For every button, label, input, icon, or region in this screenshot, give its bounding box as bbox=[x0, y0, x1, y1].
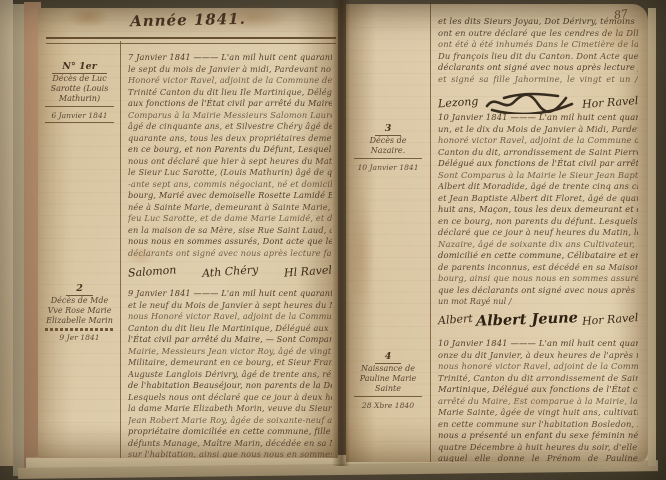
manuscript-line: un, et le dix du Mois de Janvier à Midi,… bbox=[438, 124, 638, 136]
gutter-shadow bbox=[332, 0, 350, 466]
manuscript-line: Marie Sainte, âgée de vingt huit ans, cu… bbox=[438, 407, 638, 419]
manuscript-line: 9 Janvier 1841 ——— L'an mil huit cent qu… bbox=[128, 288, 332, 300]
manuscript-line: Décès de bbox=[350, 136, 426, 146]
manuscript-line: Décès de Mde bbox=[41, 296, 118, 306]
note-date: 10 Janvier 1841 bbox=[350, 163, 426, 172]
note-lines: Décès de MdeVve Rose MarieElizabelle Mar… bbox=[41, 296, 118, 326]
manuscript-line: quarante ans, tous les deux propriétaire… bbox=[128, 133, 332, 145]
manuscript-line: nous honoré victor Ravel, adjoint de la … bbox=[438, 361, 638, 373]
manuscript-line: que les déclarants ont signé avec nous a… bbox=[438, 285, 638, 297]
manuscript-line: Auguste Langlois Dérivry, âgé de trente … bbox=[128, 369, 332, 381]
manuscript-line: Décès de Luc bbox=[41, 74, 118, 84]
manuscript-line: arrêté du Maire, Est comparue à la Mairi… bbox=[438, 396, 638, 408]
manuscript-line: Albert dit Moradide, âgé de trente cinq … bbox=[438, 181, 638, 193]
manuscript-line: 7 Janvier 1841 ——— L'an mil huit cent qu… bbox=[128, 52, 332, 64]
manuscript-line: Elizabelle Marin bbox=[41, 316, 118, 326]
manuscript-line: Lesquels nous ont déclaré que ce jour à … bbox=[128, 392, 332, 404]
note-number: N° 1er bbox=[52, 61, 106, 74]
margin-note: 2 Décès de MdeVve Rose MarieElizabelle M… bbox=[41, 276, 118, 342]
manuscript-line: Trinité, Canton du dit arrondissement de… bbox=[438, 373, 638, 385]
page-edge-strip bbox=[13, 4, 24, 476]
record-continuation: et les dits Sieurs Joyau, Dot Dérivry, t… bbox=[438, 16, 638, 85]
signature: Salomon bbox=[128, 263, 177, 279]
death-record-entry-3: 10 Janvier 1841 ——— L'an mil huit cent q… bbox=[438, 112, 638, 296]
manuscript-line: propriétaire domiciliée en cette commune… bbox=[128, 426, 332, 438]
manuscript-line: défunts Manage, Maître Marin, décédée en… bbox=[128, 438, 332, 450]
left-page: Année 1841. N° 1er Décès de LucSarotte (… bbox=[38, 8, 338, 458]
note-separator bbox=[354, 396, 422, 399]
note-lines: Décès deNazaire. bbox=[350, 136, 426, 156]
manuscript-line: bourg, Marié avec demoiselle Rosette Lam… bbox=[128, 190, 332, 202]
manuscript-line: Nazaire. bbox=[350, 146, 426, 156]
signature-flourish-icon bbox=[484, 90, 576, 114]
manuscript-line: et Jean Baptiste Albert dit Floret, âgé … bbox=[438, 193, 638, 205]
manuscript-line: nous a présenté un enfant du sexe fémini… bbox=[438, 430, 638, 442]
manuscript-line: en cette commune sur l'habitation Bosled… bbox=[438, 419, 638, 431]
note-date: 6 Janvier 1841 bbox=[41, 111, 118, 120]
margin-note: 4 Naissance dePauline MarieSainte 28 Xbr… bbox=[350, 344, 426, 410]
manuscript-line: Vve Rose Marie bbox=[41, 306, 118, 316]
manuscript-line: ont été à été inhumés Dans le Cimetière … bbox=[438, 39, 638, 51]
manuscript-line: Naissance de bbox=[350, 364, 426, 374]
margin-note: N° 1er Décès de LucSarotte (Louis Mathur… bbox=[41, 54, 118, 127]
note-separator bbox=[45, 106, 114, 109]
page-edge-strip bbox=[0, 0, 13, 466]
manuscript-line: auquel elle donne le Prénom de Pauline bbox=[438, 453, 638, 462]
signature: Hor Ravel bbox=[581, 94, 638, 111]
margin-note: 3 Décès deNazaire. 10 Janvier 1841 bbox=[350, 116, 426, 172]
manuscript-line: aux fonctions de l'État civil par arrêté… bbox=[128, 98, 332, 110]
signature: Albert bbox=[438, 311, 474, 326]
birth-record-entry-4: 10 Janvier 1841 ——— L'an mil huit cent q… bbox=[438, 338, 638, 462]
note-number: 3 bbox=[375, 123, 402, 136]
manuscript-line: Canton du dit, arrondissement de Saint P… bbox=[438, 147, 638, 159]
manuscript-line: et signé sa fille Jahormine, le vingt et… bbox=[438, 74, 638, 86]
manuscript-line: huit ans, Maçon, tous les deux demeurant… bbox=[438, 204, 638, 216]
manuscript-line: sur l'habitation, ainsi que nous nous en… bbox=[128, 449, 332, 458]
manuscript-line: Sarotte (Louis Mathurin) bbox=[41, 84, 118, 104]
header-rule bbox=[46, 37, 336, 44]
note-date: 28 Xbre 1840 bbox=[350, 401, 426, 410]
manuscript-line: et le neuf du Mois de Janvier à sept heu… bbox=[128, 300, 332, 312]
note-separator bbox=[45, 122, 114, 125]
manuscript-line: nous ont déclaré que hier à sept heures … bbox=[128, 156, 332, 168]
manuscript-line: de parents inconnus, est décédé en sa Ma… bbox=[438, 262, 638, 274]
death-record-entry-2: 9 Janvier 1841 ——— L'an mil huit cent qu… bbox=[128, 288, 332, 458]
year-header: Année 1841. bbox=[38, 8, 338, 32]
manuscript-line: Martinique, Délégué aux fonctions de l'É… bbox=[438, 384, 638, 396]
manuscript-line: -ante sept ans, commis négociant, né et … bbox=[128, 179, 332, 191]
manuscript-line: et les dits Sieurs Joyau, Dot Dérivry, t… bbox=[438, 16, 638, 28]
manuscript-line: le sept du mois de Janvier à midi, Parde… bbox=[128, 64, 332, 76]
note-number: 2 bbox=[66, 283, 93, 296]
signature: Lezong bbox=[438, 94, 479, 110]
death-record-entry-1: 7 Janvier 1841 ——— L'an mil huit cent qu… bbox=[128, 52, 332, 259]
manuscript-line: la dame Marie Elizabeth Morin, veuve du … bbox=[128, 403, 332, 415]
manuscript-line: bourg, ainsi que nous nous en sommes ass… bbox=[438, 273, 638, 285]
page-edge-strip bbox=[648, 8, 656, 466]
manuscript-line: 10 Janvier 1841 ——— L'an mil huit cent q… bbox=[438, 338, 638, 350]
signature: Ath Chéry bbox=[202, 263, 259, 280]
register-book-photo: Année 1841. N° 1er Décès de LucSarotte (… bbox=[0, 0, 666, 480]
note-separator bbox=[354, 158, 422, 161]
manuscript-line: Sainte bbox=[350, 384, 426, 394]
manuscript-line: feu Luc Sarotte, et de dame Marie Lamidé… bbox=[128, 213, 332, 225]
manuscript-line: l'État civil par arrêté du Maire, — Sont… bbox=[128, 334, 332, 346]
note-lines: Naissance dePauline MarieSainte bbox=[350, 364, 426, 394]
right-page: 87 et les dits Sieurs Joyau, Dot Dérivry… bbox=[346, 4, 648, 462]
manuscript-line: Militaire, demeurant en ce bourg, et Sie… bbox=[128, 357, 332, 369]
manuscript-line: Canton du dit lieu Ile Martinique, Délég… bbox=[128, 323, 332, 335]
manuscript-line: née à Sainte Marie, demeurant à Sainte M… bbox=[128, 202, 332, 214]
manuscript-line: ont en outre déclaré que les cendres de … bbox=[438, 28, 638, 40]
signature: Albert Jeune bbox=[476, 309, 578, 330]
manuscript-line: quatre Décembre à huit heures du soir, d… bbox=[438, 442, 638, 454]
manuscript-line: Pauline Marie bbox=[350, 374, 426, 384]
signature: Hl Ravel bbox=[284, 263, 333, 279]
manuscript-line: Jean Robert Marie Roy, âgée de soixante-… bbox=[128, 415, 332, 427]
manuscript-line: Mairie, Messieurs Jean victor Roy, âgé d… bbox=[128, 346, 332, 358]
manuscript-line: Comparus à la Mairie Messieurs Salomon L… bbox=[128, 110, 332, 122]
manuscript-line: en la maison de sa Mère, sise Rue Saint … bbox=[128, 225, 332, 237]
manuscript-line: Du françois lieu dit du Canton. Dont Act… bbox=[438, 51, 638, 63]
note-number: 4 bbox=[375, 351, 402, 364]
manuscript-line: Honoré victor Ravel, adjoint de la Commu… bbox=[128, 75, 332, 87]
manuscript-line: âgé de cinquante ans, et Silvestre Chéry… bbox=[128, 121, 332, 133]
manuscript-line: onze du dit Janvier, à deux heures de l'… bbox=[438, 350, 638, 362]
margin-rule bbox=[120, 41, 121, 458]
manuscript-line: de l'habitation Beauséjour, non parents … bbox=[128, 380, 332, 392]
signature-row: Salomon Ath Chéry Hl Ravel bbox=[128, 260, 332, 282]
manuscript-line: Sont Comparus à la Mairie le Sieur Jean … bbox=[438, 170, 638, 182]
manuscript-line: Délégué aux fonctions de l'État civil pa… bbox=[438, 158, 638, 170]
manuscript-line: déclarants ont signé avec nous après lec… bbox=[128, 248, 332, 260]
manuscript-line: Trinité Canton du dit lieu Ile Martiniqu… bbox=[128, 87, 332, 99]
note-lines: Décès de LucSarotte (Louis Mathurin) bbox=[41, 74, 118, 104]
manuscript-line: nous nous en sommes assurés, Dont acte q… bbox=[128, 236, 332, 248]
manuscript-line: en ce bourg, non parents du défunt. Lesq… bbox=[438, 216, 638, 228]
manuscript-line: le Sieur Luc Sarotte, (Louis Mathurin) â… bbox=[128, 167, 332, 179]
manuscript-line: déclarants ont signé avec nous après lec… bbox=[438, 62, 638, 74]
signature-row: Albert Albert Jeune Hor Ravel bbox=[438, 304, 638, 334]
manuscript-line: nous Honoré victor Ravel, adjoint de la … bbox=[128, 311, 332, 323]
manuscript-line: honoré victor Ravel, adjoint de la Commu… bbox=[438, 135, 638, 147]
note-separator-wavy bbox=[45, 328, 114, 331]
signature: Hor Ravel bbox=[581, 311, 638, 328]
manuscript-line: Nazaire, âgé de soixante dix ans Cultiva… bbox=[438, 239, 638, 251]
manuscript-line: domicilié en cette commune, Célibataire … bbox=[438, 250, 638, 262]
margin-rule bbox=[430, 4, 431, 462]
manuscript-line: en ce bourg, et non Parents du Défunt, L… bbox=[128, 144, 332, 156]
note-date: 9 Jer 1841 bbox=[41, 333, 118, 342]
manuscript-line: déclaré que ce jour à neuf heures du Mat… bbox=[438, 227, 638, 239]
manuscript-line: 10 Janvier 1841 ——— L'an mil huit cent q… bbox=[438, 112, 638, 124]
